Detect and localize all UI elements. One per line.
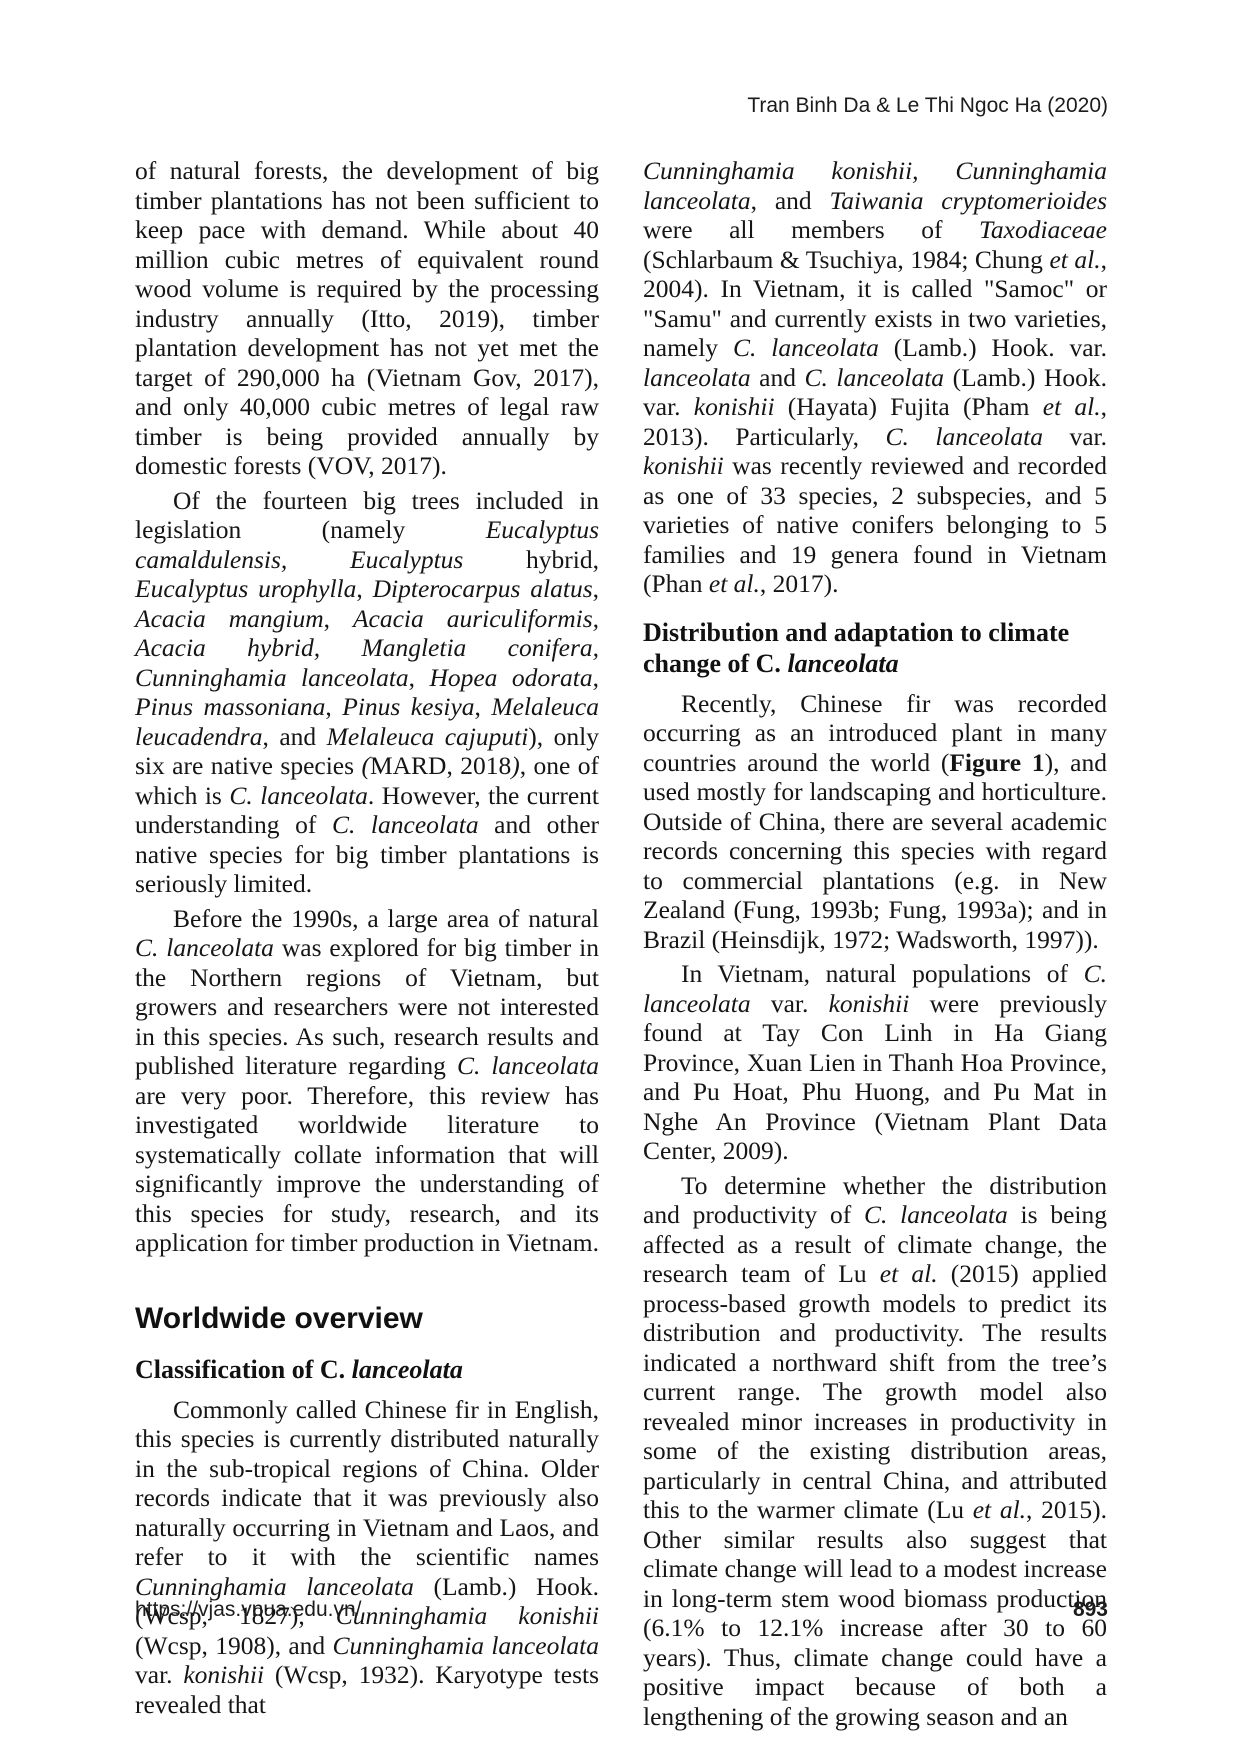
text-run: and [751, 363, 805, 392]
page-number: 893 [1073, 1598, 1108, 1622]
paragraph: Before the 1990s, a large area of natura… [135, 904, 599, 1258]
text-run [320, 633, 361, 662]
text-run-i: C. lanceolata [733, 333, 879, 362]
text-run-i: et al. [709, 569, 760, 598]
text-run: , and [262, 722, 326, 751]
text-run-i: C. lanceolata [805, 363, 945, 392]
paragraph: Recently, Chinese fir was recorded occur… [643, 689, 1107, 955]
text-run-i: konishii [643, 451, 724, 480]
text-run-i: Mangletia conifera, [361, 633, 599, 662]
text-run-i: C. lanceolata [886, 422, 1044, 451]
text-run-bi: lanceolata [787, 649, 898, 678]
page-footer: https://vjas.vnua.edu.vn/ 893 [135, 1598, 1108, 1622]
text-run: ), and used mostly for landscaping and h… [643, 748, 1107, 954]
text-run-i: C. lanceolata [332, 810, 479, 839]
subsection-heading: Distribution and adaptation to climate c… [643, 617, 1107, 679]
column-left: of natural forests, the development of b… [135, 156, 599, 1736]
text-run [919, 156, 956, 185]
text-run-i: Taxodiaceae [979, 215, 1107, 244]
text-run-i: C. lanceolata [229, 781, 368, 810]
text-run: (Hayata) Fujita (Pham [775, 392, 1043, 421]
text-run: , 2017). [760, 569, 839, 598]
text-run-i: C. lanceolata [864, 1200, 1008, 1229]
text-run: var. [135, 1660, 183, 1689]
text-run-i: Cunninghamia konishii, [643, 156, 919, 185]
paragraph: To determine whether the distribution an… [643, 1171, 1107, 1732]
text-run-i: et al. [973, 1495, 1026, 1524]
text-run-i: Cunninghamia lanceolata [332, 1631, 599, 1660]
text-run: , [356, 574, 372, 603]
paragraph: In Vietnam, natural populations of C. la… [643, 959, 1107, 1166]
text-run-i: Hopea odorata [429, 663, 592, 692]
text-run: Worldwide overview [135, 1302, 423, 1335]
text-run-i: Dipterocarpus alatus [373, 574, 593, 603]
text-run-i: konishii [694, 392, 775, 421]
text-run-i: Acacia mangium [135, 604, 324, 633]
text-run: , [593, 574, 599, 603]
column-right: Cunninghamia konishii, Cunninghamia lanc… [643, 156, 1107, 1736]
text-run: Before the 1990s, a large area of natura… [173, 904, 599, 933]
footer-url: https://vjas.vnua.edu.vn/ [135, 1598, 361, 1622]
text-run: , and [751, 186, 830, 215]
text-run-i: Pinus kesiya [342, 692, 474, 721]
text-run-i: Acacia auriculiformis, [353, 604, 599, 633]
text-run: , [324, 604, 353, 633]
text-run: were all members of [643, 215, 979, 244]
text-run-i: ( [361, 751, 370, 780]
text-run: , [593, 663, 599, 692]
text-run: In Vietnam, natural populations of [681, 959, 1084, 988]
paragraph: Cunninghamia konishii, Cunninghamia lanc… [643, 156, 1107, 599]
text-run-i: Cunninghamia lanceolata [135, 1572, 414, 1601]
text-run: (Wcsp, 1908), and [135, 1631, 332, 1660]
text-run-i: lanceolata [643, 363, 751, 392]
journal-page: Tran Binh Da & Le Thi Ngoc Ha (2020) of … [0, 0, 1240, 1754]
paragraph: of natural forests, the development of b… [135, 156, 599, 481]
paragraph: Commonly called Chinese fir in English, … [135, 1395, 599, 1720]
text-run: , [409, 663, 430, 692]
text-run: , [475, 692, 492, 721]
running-header: Tran Binh Da & Le Thi Ngoc Ha (2020) [135, 94, 1108, 118]
text-run-i: et al. [880, 1259, 938, 1288]
text-run: hybrid, [463, 545, 599, 574]
text-run-i: Pinus massoniana [135, 692, 325, 721]
text-run-i: et al. [1049, 245, 1100, 274]
text-run: (2015) applied process-based growth mode… [643, 1259, 1107, 1524]
text-run: Commonly called Chinese fir in English, … [135, 1395, 599, 1572]
text-run-i: et al. [1043, 392, 1101, 421]
text-run: of natural forests, the development of b… [135, 156, 599, 480]
subsection-heading: Classification of C. lanceolata [135, 1354, 599, 1385]
text-run-bi: lanceolata [352, 1355, 463, 1384]
text-run-i: C. lanceolata [135, 933, 274, 962]
text-run: , [325, 692, 342, 721]
two-column-body: of natural forests, the development of b… [135, 156, 1108, 1736]
text-run: are very poor. Therefore, this review ha… [135, 1081, 599, 1258]
text-run-i: Acacia hybrid, [135, 633, 320, 662]
text-run: MARD, 2018 [370, 751, 511, 780]
text-run [287, 545, 350, 574]
text-run-b: Figure 1 [949, 748, 1044, 777]
text-run-i: Melaleuca cajuputi [327, 722, 529, 751]
text-run-i: Taiwania cryptomerioides [829, 186, 1107, 215]
text-run-i: C. lanceolata [457, 1051, 599, 1080]
text-run: (Lamb.) Hook. var. [879, 333, 1107, 362]
text-run: var. [751, 989, 829, 1018]
text-run: var. [1043, 422, 1107, 451]
text-run-i: Eucalyptus urophylla [135, 574, 356, 603]
text-run-i: konishii [183, 1660, 264, 1689]
text-run-i: Cunninghamia lanceolata [135, 663, 409, 692]
text-run: (Schlarbaum & Tsuchiya, 1984; Chung [643, 245, 1049, 274]
text-run-i: ) [511, 751, 520, 780]
text-run-i: Eucalyptus [350, 545, 463, 574]
paragraph: Of the fourteen big trees included in le… [135, 486, 599, 899]
text-run-i: konishii [829, 989, 910, 1018]
section-heading: Worldwide overview [135, 1302, 599, 1336]
text-run-b: Classification of C. [135, 1355, 352, 1384]
